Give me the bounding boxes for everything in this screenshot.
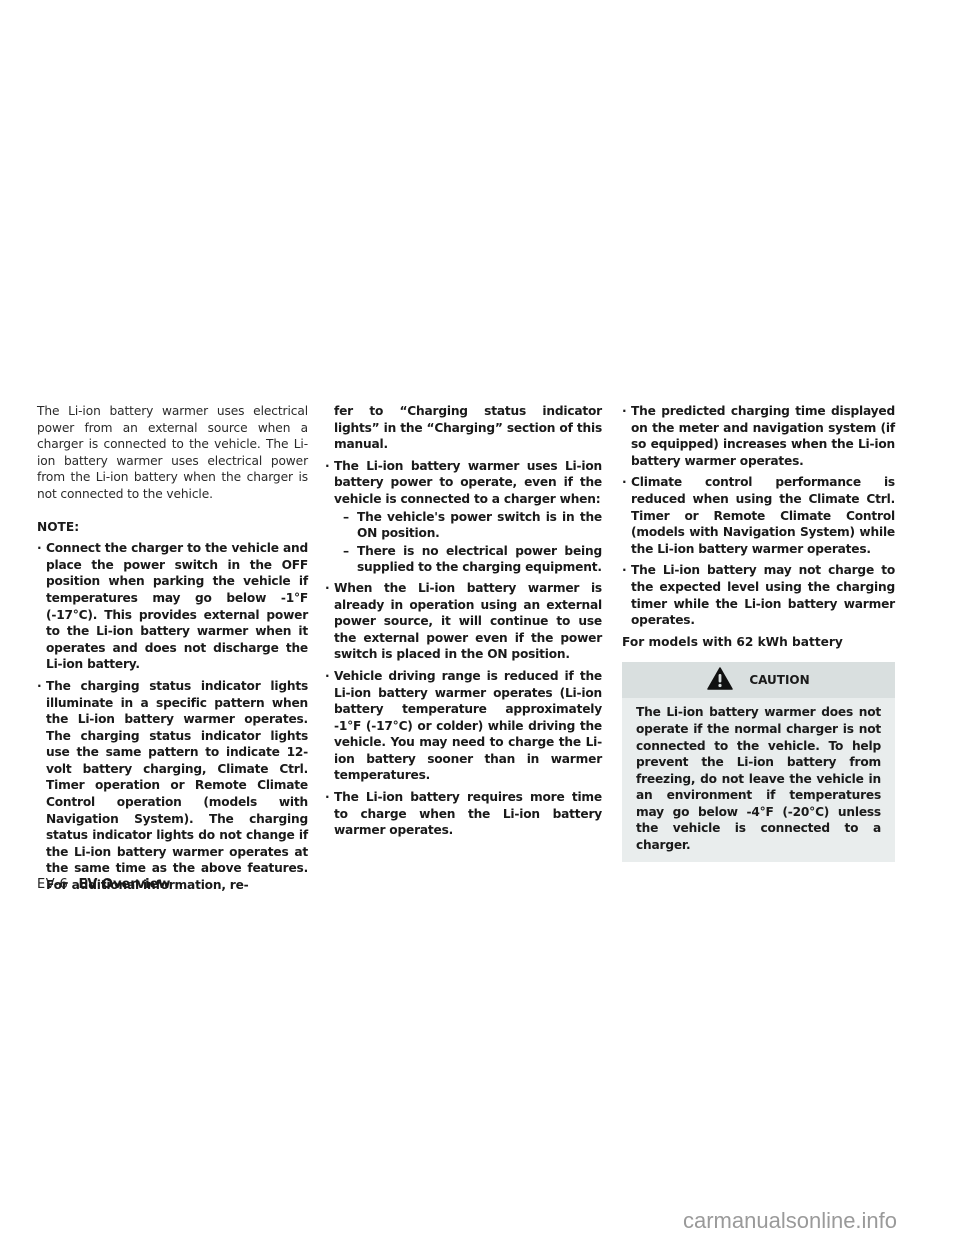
bullet-dot: · bbox=[325, 580, 329, 597]
bullet-item: ·When the Li-ion battery warmer is alrea… bbox=[325, 580, 602, 663]
note-title: NOTE: bbox=[37, 519, 308, 536]
bullet-dot: · bbox=[622, 562, 626, 579]
column-2: fer to “Charging status indicator lights… bbox=[325, 403, 602, 844]
warning-triangle-icon bbox=[707, 667, 733, 695]
bullet-dot: · bbox=[622, 403, 626, 420]
bullet-continuation: fer to “Charging status indicator lights… bbox=[325, 403, 602, 453]
bullet-dot: · bbox=[325, 458, 329, 475]
dash-marker: – bbox=[343, 509, 349, 526]
bullet-item: ·The predicted charging time displayed o… bbox=[622, 403, 895, 469]
bullet-item: ·Climate control performance is reduced … bbox=[622, 474, 895, 557]
page-number: EV-6 bbox=[37, 877, 68, 892]
bullet-dot: · bbox=[325, 789, 329, 806]
caution-title: CAUTION bbox=[749, 672, 809, 689]
bullet-item: ·Connect the charger to the vehicle and … bbox=[37, 540, 308, 673]
bullet-dot: · bbox=[37, 540, 41, 557]
caution-header: CAUTION bbox=[622, 662, 895, 698]
sub-bullet-item: –There is no electrical power being supp… bbox=[325, 543, 602, 576]
bullet-dot: · bbox=[325, 668, 329, 685]
bullet-item: ·Vehicle driving range is reduced if the… bbox=[325, 668, 602, 784]
section-title: EV Overview bbox=[78, 877, 170, 892]
column-3: ·The predicted charging time displayed o… bbox=[622, 403, 895, 862]
bullet-item: ·The Li-ion battery warmer uses Li-ion b… bbox=[325, 458, 602, 508]
intro-paragraph: The Li-ion battery warmer uses electrica… bbox=[37, 403, 308, 503]
column-1: The Li-ion battery warmer uses electrica… bbox=[37, 403, 308, 899]
caution-text: The Li-ion battery warmer does not opera… bbox=[622, 698, 895, 853]
bullet-dot: · bbox=[622, 474, 626, 491]
watermark: carmanualsonline.info bbox=[683, 1208, 897, 1234]
bullet-dot: · bbox=[37, 678, 41, 695]
section-subheading: For models with 62 kWh battery bbox=[622, 634, 895, 651]
sub-bullet-item: –The vehicle's power switch is in the ON… bbox=[325, 509, 602, 542]
bullet-item: ·The Li-ion battery may not charge to th… bbox=[622, 562, 895, 628]
bullet-item: ·The Li-ion battery requires more time t… bbox=[325, 789, 602, 839]
caution-box: CAUTION The Li-ion battery warmer does n… bbox=[622, 662, 895, 861]
page-footer: EV-6 EV Overview bbox=[37, 877, 170, 892]
bullet-item: ·The charging status indicator lights il… bbox=[37, 678, 308, 894]
dash-marker: – bbox=[343, 543, 349, 560]
